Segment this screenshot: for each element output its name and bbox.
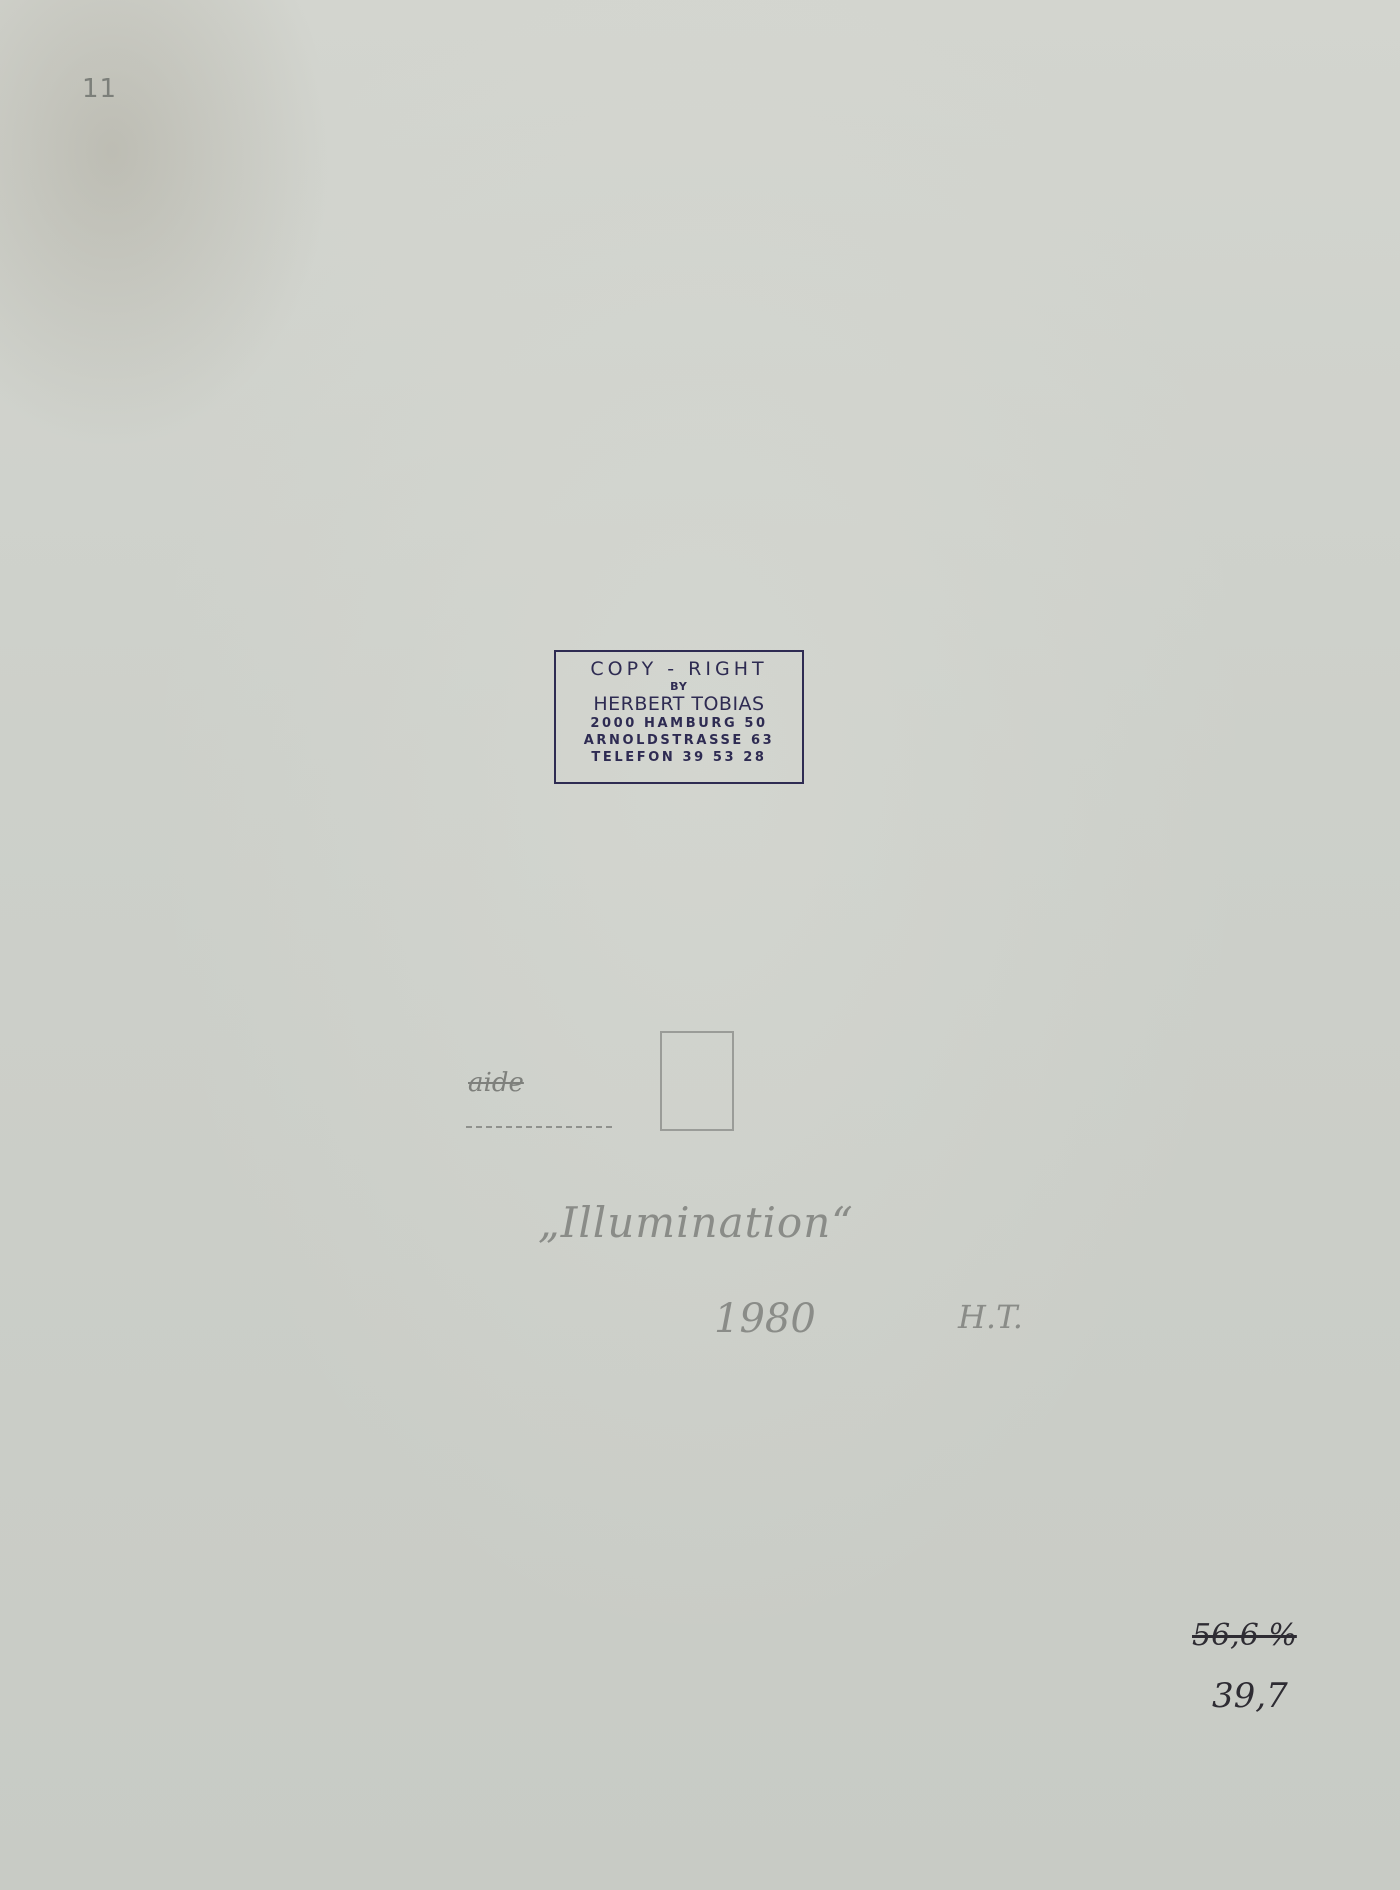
dashed-line bbox=[466, 1126, 612, 1128]
stamp-line-street: ARNOLDSTRASSE 63 bbox=[556, 732, 802, 749]
crossed-measurement: 56,6 % bbox=[1192, 1618, 1297, 1653]
photo-back-sheet: 11 COPY - RIGHT BY HERBERT TOBIAS 2000 H… bbox=[0, 0, 1400, 1890]
stamp-line-city: 2000 HAMBURG 50 bbox=[556, 715, 802, 732]
handwritten-initials: H.T. bbox=[958, 1298, 1023, 1336]
stamp-line-copyright: COPY - RIGHT bbox=[556, 658, 802, 680]
pencil-box bbox=[660, 1031, 734, 1131]
stamp-line-by: BY bbox=[556, 680, 802, 694]
stamp-line-phone: TELEFON 39 53 28 bbox=[556, 749, 802, 766]
copyright-stamp: COPY - RIGHT BY HERBERT TOBIAS 2000 HAMB… bbox=[554, 650, 804, 784]
crossed-out-word: aide bbox=[468, 1068, 524, 1098]
page-number: 11 bbox=[82, 74, 117, 104]
measurement: 39,7 bbox=[1212, 1676, 1288, 1716]
handwritten-title: „Illumination“ bbox=[538, 1198, 854, 1247]
handwritten-year: 1980 bbox=[714, 1296, 816, 1342]
stamp-line-name: HERBERT TOBIAS bbox=[556, 694, 802, 715]
